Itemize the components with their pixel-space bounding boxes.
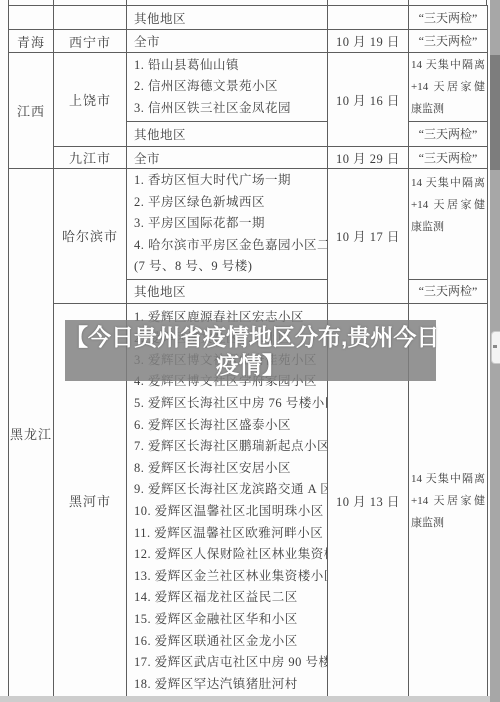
area-cell-other: 其他地区 xyxy=(127,279,328,303)
area-line: 10. 爱辉区温馨社区北国明珠小区 xyxy=(134,501,323,523)
area-line: 13. 爱辉区金兰社区林业集资楼小区 xyxy=(134,566,323,588)
float-tab-handle[interactable] xyxy=(491,331,500,364)
city-cell-jiujiang: 九江市 xyxy=(54,147,127,169)
date-cell: 10 月 19 日 xyxy=(328,30,409,53)
banner-title-line2: 疫情】 xyxy=(65,351,436,379)
table-row: 青海 西宁市 全市 10 月 19 日 “三天两检” xyxy=(9,30,488,53)
table-row: 江西 上饶市 1. 铅山县葛仙山镇2. 信州区海德文景苑小区3. 信州区铁三社区… xyxy=(9,53,488,122)
area-cell: 全市 xyxy=(127,30,328,53)
area-line: 11. 爱辉区温馨社区欧雅河畔小区 xyxy=(134,523,323,545)
province-cell-empty xyxy=(9,6,54,30)
table-row: 黑龙江 哈尔滨市 1. 香坊区恒大时代广场一期2. 平房区绿色新城西区3. 平房… xyxy=(9,169,488,280)
area-cell-list: 1. 香坊区恒大时代广场一期2. 平房区绿色新城西区3. 平房区国际花都一期4.… xyxy=(127,169,328,280)
measure-cell: “三天两检” xyxy=(409,30,488,53)
area-line: 4. 哈尔滨市平房区金色嘉园小区二期 xyxy=(134,235,323,257)
area-line: 6. 爱辉区长海社区盛泰小区 xyxy=(134,415,323,437)
table-border-stub xyxy=(327,0,328,5)
city-cell-xining: 西宁市 xyxy=(54,30,127,53)
table-row: 九江市 全市 10 月 29 日 “三天两检” xyxy=(9,147,488,169)
watermark-title-banner: 【今日贵州省疫情地区分布,贵州今日 疫情】 xyxy=(65,320,436,381)
page: 其他地区 “三天两检” 青海 西宁市 全市 10 月 19 日 “三天两检” 江… xyxy=(0,0,500,702)
area-line: 3. 信州区铁三社区金凤花园 xyxy=(134,98,323,120)
city-cell-harbin: 哈尔滨市 xyxy=(54,169,127,304)
area-line: 8. 爱辉区长海社区安居小区 xyxy=(134,458,323,480)
date-cell: 10 月 16 日 xyxy=(328,53,409,147)
date-cell-empty xyxy=(328,6,409,30)
measure-cell: “三天两检” xyxy=(409,6,488,30)
date-cell: 10 月 17 日 xyxy=(328,169,409,304)
table-row: 其他地区 “三天两检” xyxy=(9,6,488,30)
area-cell-other: 其他地区 xyxy=(127,6,328,30)
area-line: (7 号、8 号、9 号楼) xyxy=(134,256,323,278)
banner-title-line1: 【今日贵州省疫情地区分布,贵州今日 xyxy=(65,323,436,351)
measure-cell: 14 天集中隔离+14 天居家健康监测 xyxy=(409,53,488,122)
measure-cell: 14 天集中隔离+14 天居家健康监测 xyxy=(409,169,488,280)
area-line: 15. 爱辉区金融社区华和小区 xyxy=(134,609,323,631)
table-border-stub xyxy=(486,0,487,5)
area-line: 1. 香坊区恒大时代广场一期 xyxy=(134,170,323,192)
province-cell-heilongjiang: 黑龙江 xyxy=(9,169,54,699)
area-line: 5. 爱辉区长海社区中房 76 号楼小区 xyxy=(134,393,323,415)
measure-cell: “三天两检” xyxy=(409,279,488,303)
measure-cell: “三天两检” xyxy=(409,147,488,169)
table-border-stub xyxy=(53,0,54,5)
area-line: 2. 信州区海德文景苑小区 xyxy=(134,76,323,98)
area-line: 14. 爱辉区福龙社区益民二区 xyxy=(134,587,323,609)
province-cell-qinghai: 青海 xyxy=(9,30,54,53)
area-line: 9. 爱辉区长海社区龙滨路交通 A 区 xyxy=(134,479,323,501)
area-line: 12. 爱辉区人保财险社区林业集资楼小区 xyxy=(134,544,323,566)
table-border-stub xyxy=(126,0,127,5)
area-cell-list: 1. 铅山县葛仙山镇2. 信州区海德文景苑小区3. 信州区铁三社区金凤花园 xyxy=(127,53,328,122)
table-border-stub xyxy=(8,0,9,5)
city-cell-shangrao: 上饶市 xyxy=(54,53,127,147)
table-border-stub xyxy=(408,0,409,5)
city-cell-empty xyxy=(54,6,127,30)
area-line: 16. 爱辉区联通社区金龙小区 xyxy=(134,631,323,653)
province-cell-jiangxi: 江西 xyxy=(9,53,54,169)
area-line: 3. 平房区国际花都一期 xyxy=(134,213,323,235)
page-bottom-edge xyxy=(0,696,500,702)
area-line: 2. 平房区绿色新城西区 xyxy=(134,192,323,214)
date-cell: 10 月 29 日 xyxy=(328,147,409,169)
area-line: 7. 爱辉区长海社区鹏瑞新起点小区 xyxy=(134,436,323,458)
area-line: 17. 爱辉区武店屯社区中房 90 号楼 xyxy=(134,652,323,674)
float-tab-dash-icon xyxy=(493,345,497,348)
area-line: 18. 爱辉区罕达汽镇猪肚河村 xyxy=(134,674,323,696)
area-line: 1. 铅山县葛仙山镇 xyxy=(134,55,323,77)
area-cell: 全市 xyxy=(127,147,328,169)
measure-cell: “三天两检” xyxy=(409,122,488,147)
scrollbar-thumb[interactable] xyxy=(490,55,500,170)
area-cell-other: 其他地区 xyxy=(127,122,328,147)
